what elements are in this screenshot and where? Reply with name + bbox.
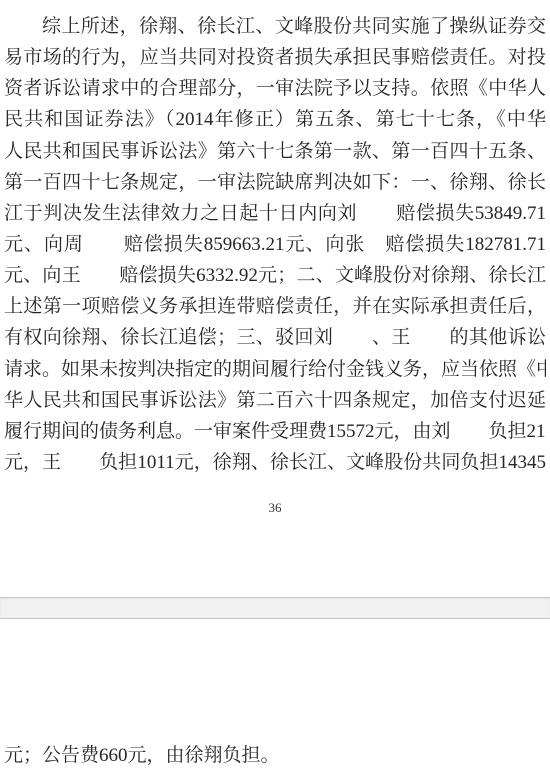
text-line: 履行期间的债务利息。一审案件受理费15572元，由刘 负担216 (4, 416, 546, 447)
text-line: 元、向周 赔偿损失859663.21元、向张 赔偿损失182781.71 (4, 229, 546, 260)
text-line: 人民共和国民事诉讼法》第六十七条第一款、第一百四十五条、 (4, 136, 546, 167)
text-line: 元；公告费660元，由徐翔负担。 (4, 740, 546, 771)
text-line: 综上所述，徐翔、徐长江、文峰股份共同实施了操纵证券交 (4, 11, 546, 42)
text-line: 华人民共和国民事诉讼法》第二百六十四条规定，加倍支付迟延 (4, 385, 546, 416)
text-line: 元、向王 赔偿损失6332.92元；二、文峰股份对徐翔、徐长江 (4, 260, 546, 291)
text-line: 江于判决发生法律效力之日起十日内向刘 赔偿损失53849.71 (4, 198, 546, 229)
text-line: 易市场的行为，应当共同对投资者损失承担民事赔偿责任。对投 (4, 42, 546, 73)
text-line: 第一百四十七条规定，一审法院缺席判决如下：一、徐翔、徐长 (4, 167, 546, 198)
document-page-next: 元；公告费660元，由徐翔负担。 (0, 619, 550, 775)
judgment-paragraph: 综上所述，徐翔、徐长江、文峰股份共同实施了操纵证券交 易市场的行为，应当共同对投… (4, 11, 546, 478)
text-line: 资者诉讼请求中的合理部分，一审法院予以支持。依照《中华人 (4, 73, 546, 104)
text-line: 请求。如果未按判决指定的期间履行给付金钱义务，应当依照《中 (4, 354, 546, 385)
document-page-36: 综上所述，徐翔、徐长江、文峰股份共同实施了操纵证券交 易市场的行为，应当共同对投… (0, 0, 550, 597)
text-line: 民共和国证券法》（2014年修正）第五条、第七十七条，《中华 (4, 104, 546, 135)
text-line: 有权向徐翔、徐长江追偿；三、驳回刘 、王 的其他诉讼 (4, 322, 546, 353)
page-number: 36 (0, 500, 550, 516)
text-line: 元，王 负担1011元，徐翔、徐长江、文峰股份共同负担14345 (4, 447, 546, 478)
text-line: 上述第一项赔偿义务承担连带赔偿责任，并在实际承担责任后， (4, 291, 546, 322)
page-separator (0, 597, 550, 619)
document-viewer: { "page1": { "lines": [ "综上所述，徐翔、徐长江、文峰股… (0, 0, 550, 775)
